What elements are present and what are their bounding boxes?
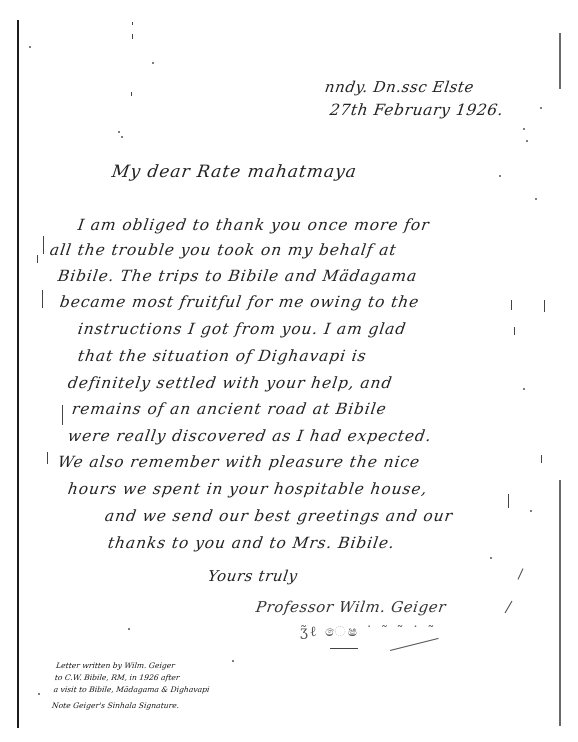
scan-mark <box>544 300 545 312</box>
body-line: thanks to you and to Mrs. Bibile. <box>107 534 396 552</box>
scan-speck <box>132 34 133 39</box>
body-line: Bibile. The trips to Bibile and Mädagama <box>57 267 419 285</box>
letter-date: 27th February 1926. <box>329 101 505 119</box>
body-line: definitely settled with your help, and <box>67 374 394 392</box>
letter-closing: Yours truly <box>207 567 299 585</box>
scan-speck <box>118 131 120 133</box>
scan-speck <box>132 22 133 25</box>
scan-edge-left <box>17 20 19 728</box>
author-signature: Professor Wilm. Geiger <box>255 598 448 616</box>
body-line: that the situation of Dighavapi is <box>77 347 368 365</box>
scan-speck <box>523 388 525 390</box>
scan-speck <box>121 136 123 138</box>
scan-speck <box>38 693 40 695</box>
note-line: a visit to Bibile, Mädagama & Dighavapi <box>53 684 210 696</box>
annotation-note: Letter written by Wilm. Geiger to C.W. B… <box>51 660 212 712</box>
scan-mark <box>514 327 515 335</box>
scan-speck <box>131 92 132 96</box>
scan-mark <box>43 236 44 254</box>
note-line: Letter written by Wilm. Geiger <box>55 660 212 672</box>
scan-mark <box>42 290 43 308</box>
scan-speck <box>232 660 234 662</box>
scan-mark <box>508 494 509 508</box>
scan-speck <box>490 557 492 559</box>
body-line: remains of an ancient road at Bibile <box>71 400 388 418</box>
scan-mark <box>511 300 512 310</box>
body-line: instructions I got from you. I am glad <box>77 320 408 338</box>
body-line: were really discovered as I had expected… <box>67 427 433 445</box>
body-line: hours we spent in your hospitable house, <box>67 480 429 498</box>
scan-speck <box>530 510 532 512</box>
scan-edge-right-bottom <box>559 480 561 726</box>
scan-mark <box>37 255 38 263</box>
scan-speck <box>526 140 528 142</box>
scan-speck <box>540 107 542 109</box>
scan-speck <box>128 628 130 630</box>
letter-place: nndy. Dn.ssc Elste <box>324 78 476 96</box>
note-line: Note Geiger's Sinhala Signature. <box>51 700 208 712</box>
sinhala-signature: ʒ̃ℓ ෙෂ ˙ ˜ ˜ ˙ ˜ <box>300 624 436 641</box>
scan-speck <box>152 62 154 64</box>
scanned-letter-page: nndy. Dn.ssc Elste 27th February 1926. M… <box>0 0 578 742</box>
scan-edge-right-top <box>559 33 561 89</box>
body-line: became most fruitful for me owing to the <box>59 293 421 311</box>
scan-speck <box>523 128 525 130</box>
letter-salutation: My dear Rate mahatmaya <box>111 162 359 182</box>
scan-speck <box>29 46 31 48</box>
body-line: all the trouble you took on my behalf at <box>49 241 398 259</box>
scan-mark <box>505 601 513 614</box>
scan-mark <box>47 452 48 464</box>
note-line: to C.W. Bibile, RM, in 1926 after <box>54 672 211 684</box>
signature-underline <box>330 648 358 649</box>
body-line: We also remember with pleasure the nice <box>57 453 422 471</box>
scan-mark <box>62 405 63 425</box>
scan-speck <box>499 175 501 177</box>
scan-mark <box>518 568 524 579</box>
body-line: I am obliged to thank you once more for <box>77 216 431 234</box>
body-line: and we send our best greetings and our <box>104 507 454 525</box>
scan-speck <box>535 198 537 200</box>
scan-mark <box>541 455 542 463</box>
